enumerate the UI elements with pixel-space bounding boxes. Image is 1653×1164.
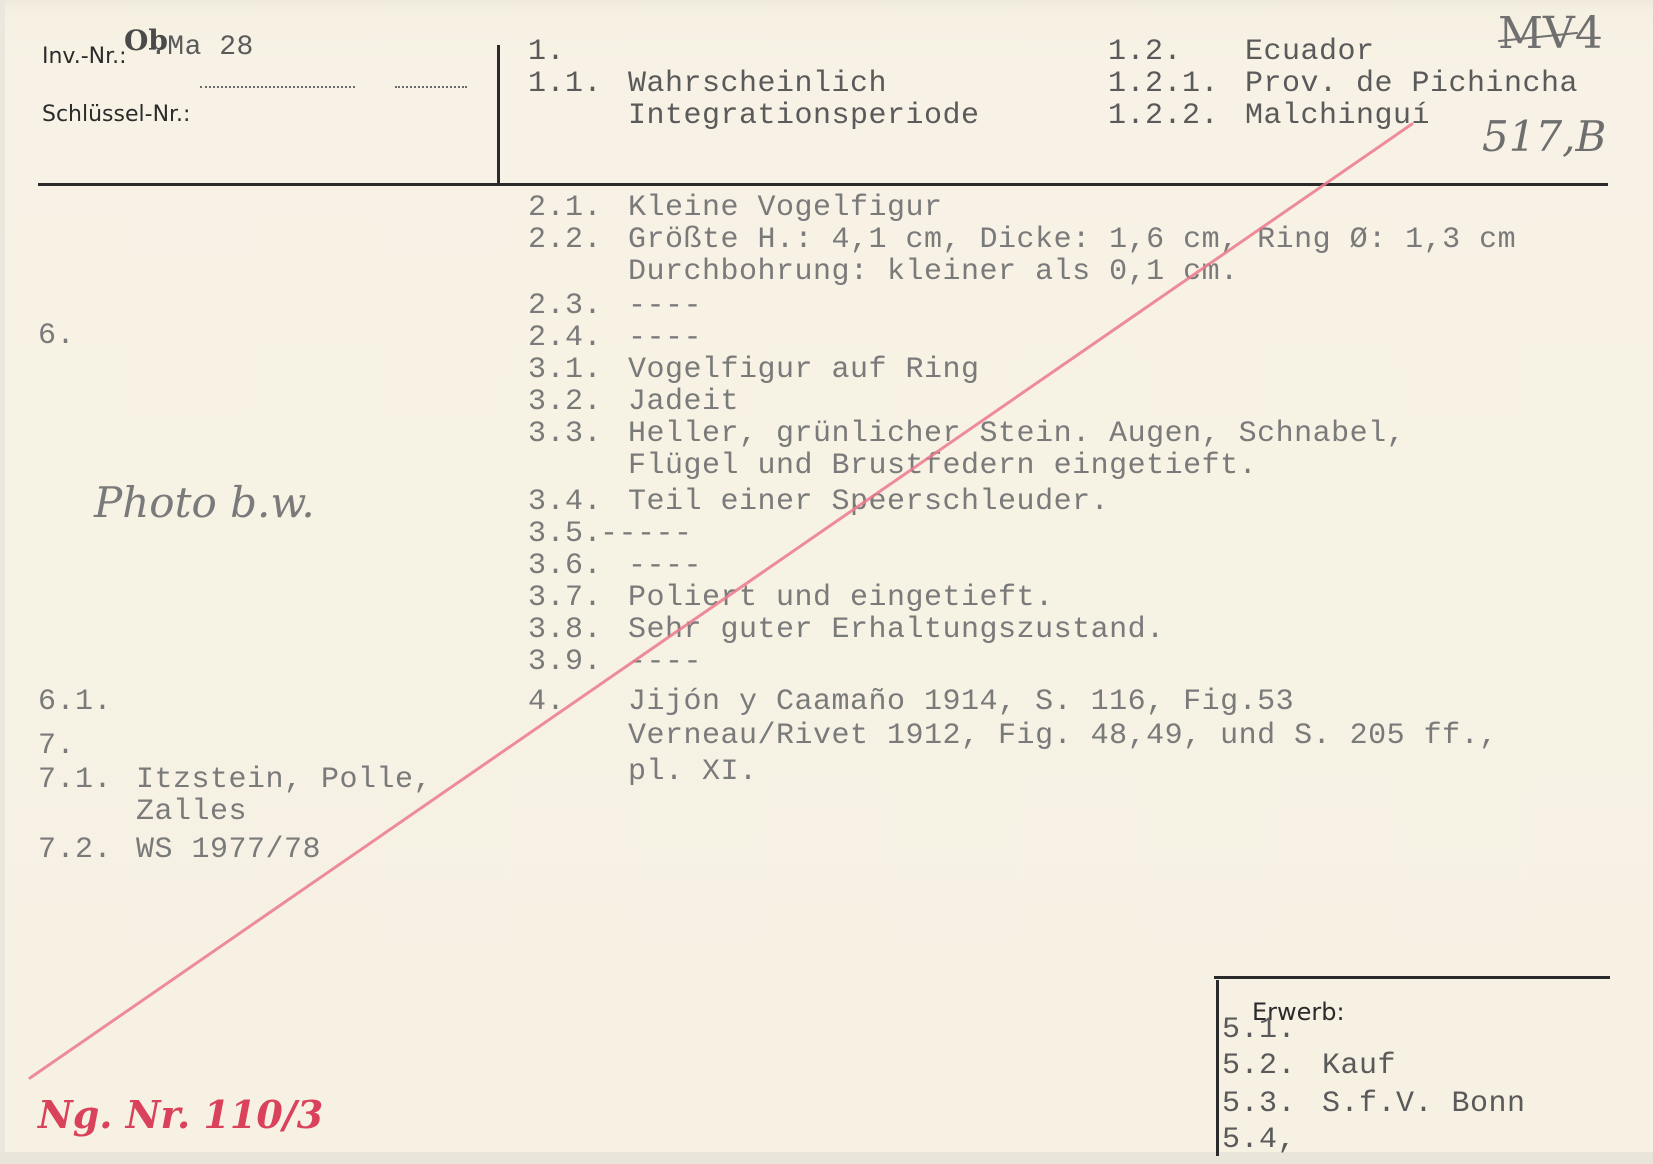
- header-horizontal-rule: [38, 183, 1608, 186]
- item-1-2-num: 1.2.: [1108, 36, 1182, 68]
- inv-number-value: .Ma 28: [150, 32, 254, 64]
- card-bottom-edge: [0, 1152, 1653, 1164]
- item-5-3-num: 5.3.: [1222, 1088, 1296, 1120]
- header-vertical-divider: [497, 45, 500, 183]
- item-2-4-num: 2.4.: [528, 322, 602, 354]
- item-3-4-text: Teil einer Speerschleuder.: [628, 486, 1109, 518]
- item-3-8-text: Sehr guter Erhaltungszustand.: [628, 614, 1165, 646]
- item-1-1-num: 1.1.: [528, 68, 602, 100]
- item-5-2-text: Kauf: [1322, 1050, 1396, 1082]
- item-1-2-2-text: Malchinguí: [1245, 100, 1430, 132]
- item-5-4-num: 5.4,: [1222, 1124, 1296, 1156]
- item-3-3-text-cont: Flügel und Brustfedern eingetieft.: [628, 450, 1257, 482]
- item-3-4-num: 3.4.: [528, 486, 602, 518]
- item-3-3-num: 3.3.: [528, 418, 602, 450]
- inv-dotted-line-2: [395, 86, 467, 88]
- acquisition-top-rule: [1214, 976, 1610, 979]
- item-2-1-text: Kleine Vogelfigur: [628, 192, 943, 224]
- item-7-2-num: 7.2.: [38, 834, 112, 866]
- item-2-3-num: 2.3.: [528, 290, 602, 322]
- acquisition-left-rule: [1216, 980, 1219, 1156]
- item-1-2-2-num: 1.2.2.: [1108, 100, 1219, 132]
- handwritten-photo-note: Photo b.w.: [94, 478, 315, 527]
- item-3-5-text: -----: [600, 518, 693, 550]
- item-1-num: 1.: [528, 36, 565, 68]
- item-3-7-num: 3.7.: [528, 582, 602, 614]
- item-3-7-text: Poliert und eingetieft.: [628, 582, 1054, 614]
- item-6-1-num: 6.1.: [38, 686, 112, 718]
- handwritten-negative-number: Ng. Nr. 110/3: [38, 1092, 323, 1137]
- item-3-8-num: 3.8.: [528, 614, 602, 646]
- item-4-num: 4.: [528, 686, 565, 718]
- item-2-2-text-cont: Durchbohrung: kleiner als 0,1 cm.: [628, 256, 1239, 288]
- item-3-3-text: Heller, grünlicher Stein. Augen, Schnabe…: [628, 418, 1405, 450]
- item-5-1-num: 5.1.: [1222, 1014, 1296, 1046]
- struck-handwritten-number: MV4: [1498, 8, 1603, 59]
- item-7-1-num: 7.1.: [38, 764, 112, 796]
- item-3-1-num: 3.1.: [528, 354, 602, 386]
- item-5-2-num: 5.2.: [1222, 1050, 1296, 1082]
- reference-line-1: Jijón y Caamaño 1914, S. 116, Fig.53: [628, 686, 1294, 718]
- item-1-2-text: Ecuador: [1245, 36, 1375, 68]
- item-1-2-1-num: 1.2.1.: [1108, 68, 1219, 100]
- item-7-num: 7.: [38, 730, 75, 762]
- item-3-9-text: ----: [628, 646, 702, 678]
- item-7-1-text-cont: Zalles: [136, 796, 247, 828]
- card-left-edge: [0, 0, 5, 1164]
- item-2-2-text: Größte H.: 4,1 cm, Dicke: 1,6 cm, Ring Ø…: [628, 224, 1516, 256]
- item-2-1-num: 2.1.: [528, 192, 602, 224]
- reference-line-2: Verneau/Rivet 1912, Fig. 48,49, und S. 2…: [628, 720, 1498, 752]
- inv-dotted-line-1: [200, 86, 355, 88]
- item-3-9-num: 3.9.: [528, 646, 602, 678]
- item-3-2-text: Jadeit: [628, 386, 739, 418]
- item-3-1-text: Vogelfigur auf Ring: [628, 354, 980, 386]
- item-1-1-text: Wahrscheinlich: [628, 68, 887, 100]
- reference-line-3: pl. XI.: [628, 756, 758, 788]
- item-2-3-text: ----: [628, 290, 702, 322]
- item-3-5-num: 3.5.: [528, 518, 602, 550]
- item-5-3-text: S.f.V. Bonn: [1322, 1088, 1526, 1120]
- item-7-2-text: WS 1977/78: [136, 834, 321, 866]
- item-2-4-text: ----: [628, 322, 702, 354]
- item-3-6-num: 3.6.: [528, 550, 602, 582]
- item-1-1-text-cont: Integrationsperiode: [628, 100, 980, 132]
- item-6-num: 6.: [38, 320, 75, 352]
- handwritten-catalog-number: 517,B: [1482, 112, 1606, 161]
- item-3-2-num: 3.2.: [528, 386, 602, 418]
- inv-number-label: Inv.-Nr.:: [42, 44, 127, 69]
- item-1-2-1-text: Prov. de Pichincha: [1245, 68, 1578, 100]
- item-2-2-num: 2.2.: [528, 224, 602, 256]
- struck-number-text: MV4: [1498, 8, 1603, 59]
- key-number-label: Schlüssel-Nr.:: [42, 102, 190, 127]
- item-3-6-text: ----: [628, 550, 702, 582]
- item-7-1-text: Itzstein, Polle,: [136, 764, 432, 796]
